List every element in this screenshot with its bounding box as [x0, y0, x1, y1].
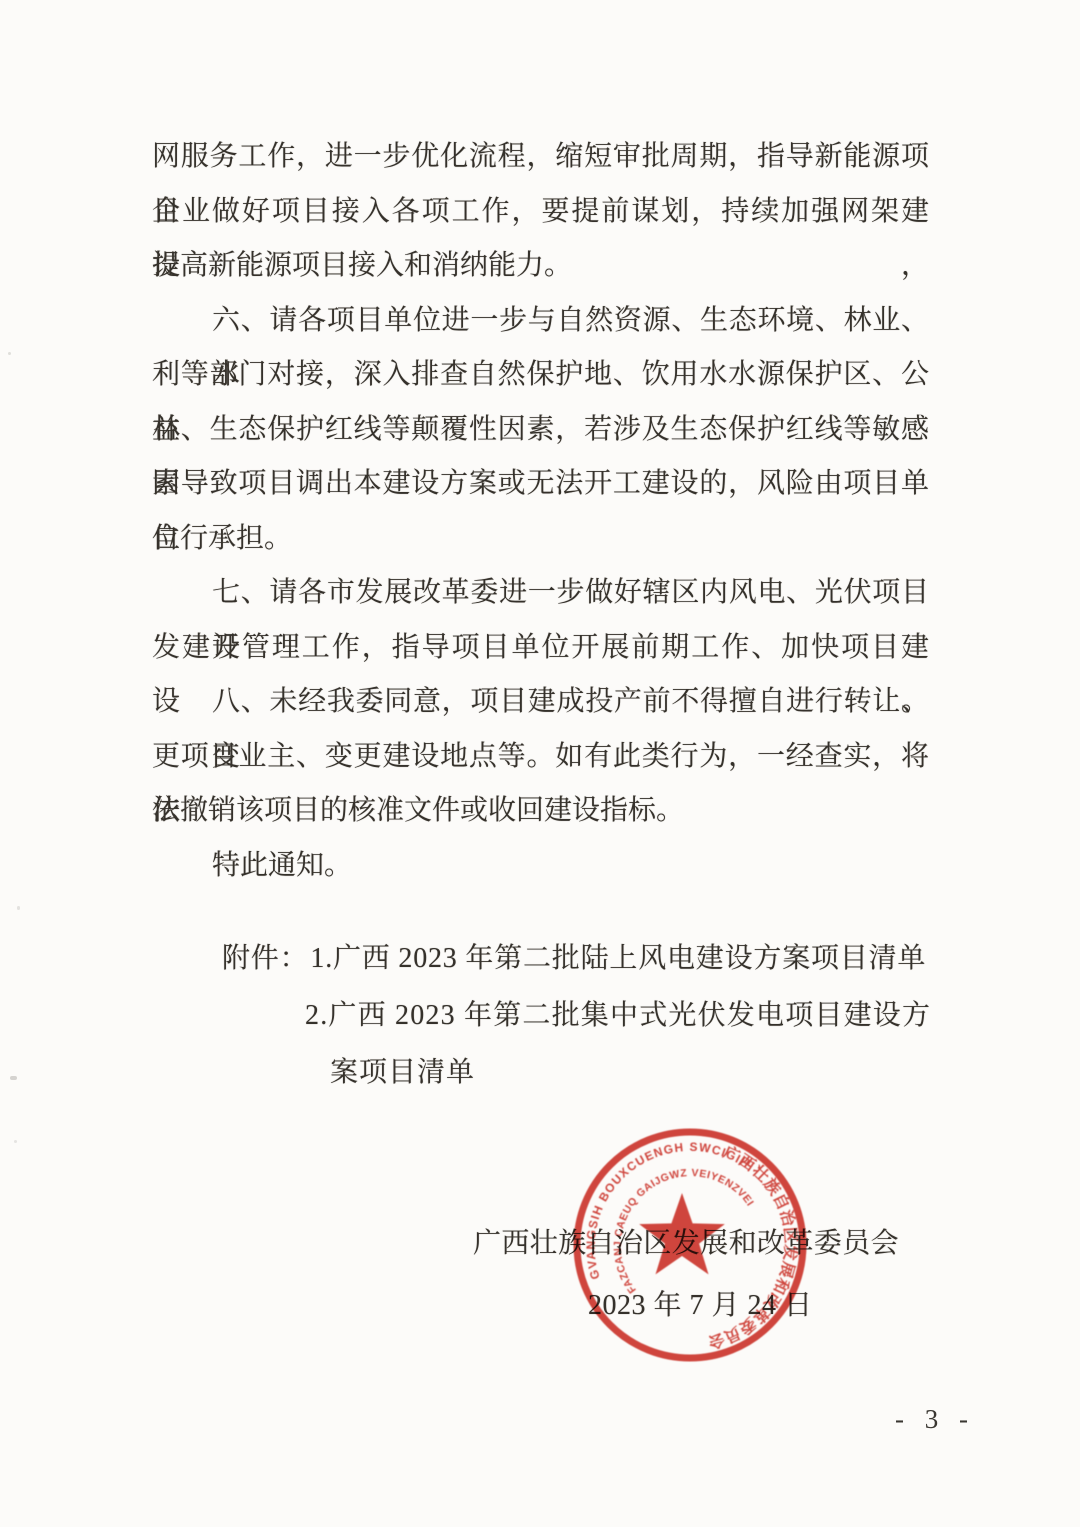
body-line: 法撤销该项目的核准文件或收回建设指标。 — [152, 784, 929, 839]
body-line: 八、未经我委同意，项目建成投产前不得擅自进行转让、变 — [152, 675, 929, 730]
body-line: 七、请各市发展改革委进一步做好辖区内风电、光伏项目开 — [152, 566, 929, 621]
body-line: 更项目业主、变更建设地点等。如有此类行为，一经查实，将依 — [152, 730, 929, 785]
body-text: 网服务工作，进一步优化流程，缩短审批周期，指导新能源项目 企业做好项目接入各项工… — [152, 130, 929, 893]
attachment-item-1: 1.广西 2023 年第二批陆上风电建设方案项目清单 — [310, 943, 926, 974]
body-line: 林、生态保护红线等颠覆性因素，若涉及生态保护红线等敏感因 — [152, 403, 929, 458]
scan-artifact — [17, 906, 20, 910]
body-line: 自行承担。 — [152, 512, 929, 567]
official-seal: GVANGSIH BOUXCUENGH SWCIGIH 广西壮族自治区发展和改革… — [565, 1120, 815, 1370]
seal-star-icon — [639, 1193, 725, 1274]
attachments-label: 附件： — [222, 943, 308, 974]
attachments-line: 附件：1.广西 2023 年第二批陆上风电建设方案项目清单 — [222, 930, 926, 987]
body-line: 发建设管理工作，指导项目单位开展前期工作、加快项目建设。 — [152, 621, 929, 676]
attachment-item-2-continued: 案项目清单 — [330, 1044, 475, 1101]
scan-artifact — [14, 1140, 17, 1143]
body-line: 素导致项目调出本建设方案或无法开工建设的，风险由项目单位 — [152, 457, 929, 512]
scan-artifact — [8, 352, 11, 355]
page-number: - 3 - — [895, 1402, 970, 1436]
body-line: 利等部门对接，深入排查自然保护地、饮用水水源保护区、公益 — [152, 348, 929, 403]
body-line: 网服务工作，进一步优化流程，缩短审批周期，指导新能源项目 — [152, 130, 929, 185]
scan-artifact — [10, 1076, 17, 1080]
seal-chinese-text: 广西壮族自治区发展和改革委员会 — [706, 1142, 801, 1352]
body-line: 特此通知。 — [152, 839, 929, 894]
body-line: 企业做好项目接入各项工作，要提前谋划，持续加强网架建设， — [152, 185, 929, 240]
body-line: 六、请各项目单位进一步与自然资源、生态环境、林业、水 — [152, 294, 929, 349]
document-page: 网服务工作，进一步优化流程，缩短审批周期，指导新能源项目 企业做好项目接入各项工… — [0, 0, 1080, 1527]
attachment-item-2: 2.广西 2023 年第二批集中式光伏发电项目建设方 — [305, 987, 931, 1044]
